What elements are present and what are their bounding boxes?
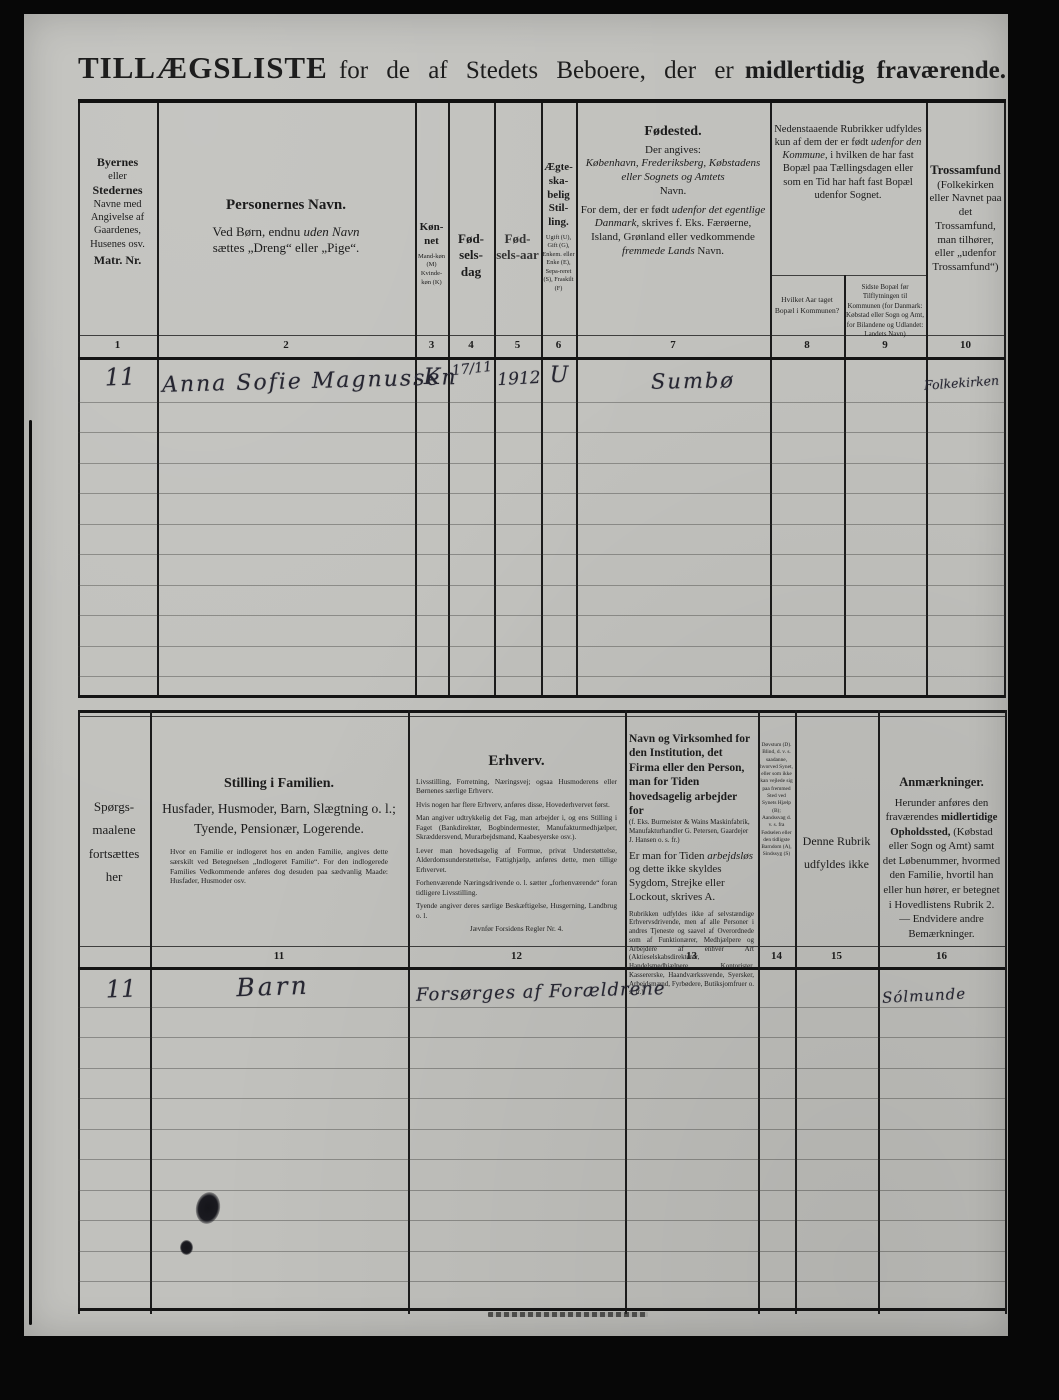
header-col12-paragraph: Man angiver udtrykkelig det Fag, man arb… bbox=[416, 813, 617, 841]
row-line bbox=[78, 554, 1005, 555]
header-col11-title: Stilling i Familien. bbox=[156, 775, 402, 793]
table-gridline bbox=[494, 103, 496, 698]
column-number: 1 bbox=[78, 339, 157, 353]
column-number: 2 bbox=[157, 339, 415, 353]
header-col4: Fød-sels-dag bbox=[449, 231, 493, 280]
header-col10-sub: (Folkekirken eller Navnet paa det Trossa… bbox=[928, 179, 1003, 275]
header-col8-9-shared: Nedenstaaende Rubrikker udfyldes kun af … bbox=[774, 123, 922, 202]
table-gridline bbox=[770, 275, 926, 276]
header-col7-italic: København, Frederiksberg, Købstadens ell… bbox=[580, 157, 766, 185]
header-col10: Trossamfund (Folkekirken eller Navnet pa… bbox=[928, 163, 1003, 275]
entry-sex: K bbox=[418, 365, 446, 390]
table-gridline bbox=[448, 103, 450, 698]
header-col6: Ægte-ska-belig Stil-ling. Ugift (U), Gif… bbox=[542, 161, 575, 293]
row-line bbox=[78, 1129, 1005, 1130]
column-number: 14 bbox=[758, 950, 795, 964]
header-col11-fine: Hvor en Familie er indlogeret hos en and… bbox=[156, 847, 402, 886]
header-col13-mid: Er man for Tiden arbejdsløs og dette ikk… bbox=[629, 850, 754, 905]
header-col9: Sidste Bopæl før Tilflytningen til Kommu… bbox=[846, 283, 924, 340]
title-word-tillaegsliste: TILLÆGSLISTE bbox=[78, 50, 328, 86]
header-col1-line: Husenes osv. bbox=[80, 238, 155, 251]
header-col14: Døvstum (D). Blind, d. v. s. saadanne, h… bbox=[760, 742, 793, 859]
table-gridline bbox=[78, 357, 1005, 360]
entry-matr-nr: 11 bbox=[90, 362, 151, 392]
header-col13-title: Navn og Virksomhed for den Institution, … bbox=[629, 732, 754, 818]
entry-number: 11 bbox=[96, 974, 147, 1004]
table-gridline bbox=[78, 695, 1005, 698]
header-col16-title: Anmærkninger. bbox=[882, 775, 1001, 791]
header-col12-title: Erhverv. bbox=[416, 752, 617, 771]
table-gridline bbox=[78, 716, 1005, 717]
entry-birthyear: 1912 bbox=[496, 368, 543, 390]
column-number: 10 bbox=[926, 339, 1005, 353]
entry-person-name: Anna Sofie Magnussen bbox=[162, 365, 458, 398]
header-col7: Fødested. Der angives: København, Freder… bbox=[580, 123, 766, 259]
table-gridline bbox=[1005, 710, 1007, 1314]
header-col2-title: Personernes Navn. bbox=[163, 196, 409, 215]
table-gridline bbox=[878, 710, 880, 1314]
header-col1-line: eller bbox=[80, 170, 155, 183]
row-line bbox=[78, 1251, 1005, 1252]
header-col13-italic: arbejdsløs bbox=[707, 850, 753, 862]
table-lower: Spørgs-maalene fortsættes her Stilling i… bbox=[78, 710, 1006, 1314]
paper-edge-shadow bbox=[29, 420, 32, 1325]
row-line bbox=[78, 1281, 1005, 1282]
entry-family-position: Barn bbox=[208, 970, 339, 1004]
column-number: 5 bbox=[494, 339, 541, 353]
column-number: 15 bbox=[795, 950, 878, 964]
header-col7-line: Der angives: bbox=[580, 144, 766, 158]
header-col12-paragraph: Livsstilling, Forretning, Næringsvej; og… bbox=[416, 777, 617, 796]
entry-occupation: Forsørges af Forældrene bbox=[416, 979, 622, 1005]
table-gridline bbox=[1004, 103, 1006, 698]
header-col2-sub-italic: uden Navn bbox=[304, 224, 360, 239]
header-col16-text: (Købstad eller Sogn og Amt) samt det Løb… bbox=[883, 826, 1000, 940]
column-number: 4 bbox=[448, 339, 494, 353]
header-col3-sub: Mand-køn (M) Kvinde-køn (K) bbox=[416, 253, 447, 288]
row-line bbox=[78, 585, 1005, 586]
table-gridline bbox=[78, 946, 1005, 947]
row-line bbox=[78, 1098, 1005, 1099]
printer-imprint bbox=[488, 1312, 648, 1317]
header-col8: Hvilket Aar taget Bopæl i Kommunen? bbox=[772, 295, 842, 316]
header-col16-sub: Herunder anføres den fraværendes midlert… bbox=[882, 796, 1001, 942]
header-col15: Denne Rubrik udfyldes ikke bbox=[797, 830, 876, 876]
header-col12: Erhverv. Livsstilling, Forretning, Nærin… bbox=[416, 752, 617, 938]
header-col1: Byernes eller Stedernes Navne med Angive… bbox=[80, 155, 155, 268]
table-gridline bbox=[157, 103, 159, 698]
header-col2: Personernes Navn. Ved Børn, endnu uden N… bbox=[163, 196, 409, 256]
table-gridline bbox=[770, 103, 772, 698]
table-gridline bbox=[78, 1308, 1005, 1311]
column-number: 9 bbox=[844, 339, 926, 353]
header-col5: Fød-sels-aar bbox=[495, 231, 540, 264]
header-col1-line: Byernes bbox=[80, 155, 155, 170]
column-number: 3 bbox=[415, 339, 448, 353]
title-word-fravaerende: midlertidig fraværende. bbox=[745, 57, 1006, 85]
header-col7-title: Fødested. bbox=[580, 123, 766, 141]
column-number: 12 bbox=[408, 950, 625, 964]
row-line bbox=[78, 646, 1005, 647]
row-line bbox=[78, 1037, 1005, 1038]
table-gridline bbox=[408, 710, 410, 1314]
table-upper: Byernes eller Stedernes Navne med Angive… bbox=[78, 103, 1006, 698]
scanned-census-page: TILLÆGSLISTE for de af Stedets Beboere, … bbox=[0, 0, 1059, 1400]
row-line bbox=[78, 524, 1005, 525]
header-col10-title: Trossamfund bbox=[928, 163, 1003, 179]
table-gridline bbox=[795, 710, 797, 1314]
header-col11: Stilling i Familien. Husfader, Husmoder,… bbox=[156, 775, 402, 886]
header-col7-line: Navn. bbox=[580, 185, 766, 199]
header-col12-paragraph: Hvis nogen har flere Erhverv, anføres di… bbox=[416, 800, 617, 809]
header-col16: Anmærkninger. Herunder anføres den fravæ… bbox=[882, 775, 1001, 941]
header-col1-line: Stedernes bbox=[80, 183, 155, 198]
column-number: 6 bbox=[541, 339, 576, 353]
row-line bbox=[78, 615, 1005, 616]
row-line bbox=[78, 402, 1005, 403]
header-col11-sub: Husfader, Husmoder, Barn, Slægtning o. l… bbox=[156, 799, 402, 840]
column-number: 16 bbox=[878, 950, 1005, 964]
row-line bbox=[78, 463, 1005, 464]
table-gridline bbox=[78, 967, 1005, 970]
header-col12-paragraph: Jævnfør Forsidens Regler Nr. 4. bbox=[416, 924, 617, 933]
continuation-label: Spørgs-maalene fortsættes her bbox=[80, 795, 148, 889]
row-line bbox=[78, 1007, 1005, 1008]
table-gridline bbox=[576, 103, 578, 698]
entry-birthday: 17/11 bbox=[449, 359, 494, 380]
row-line bbox=[78, 676, 1005, 677]
title-middle-text: for de af Stedets Beboere, der er bbox=[339, 57, 734, 85]
header-col1-line: Gaardenes, bbox=[80, 224, 155, 237]
header-col13-text: Er man for Tiden bbox=[629, 850, 707, 862]
row-line bbox=[78, 1190, 1005, 1191]
row-line bbox=[78, 1220, 1005, 1221]
column-number: 13 bbox=[625, 950, 758, 964]
header-col1-line: Angivelse af bbox=[80, 211, 155, 224]
header-col7-p2: For dem, der er født udenfor det egentli… bbox=[580, 204, 766, 259]
header-col6-sub: Ugift (U), Gift (G), Enkem. eller Enke (… bbox=[542, 234, 575, 294]
entry-faith: Folkekirken bbox=[924, 372, 1005, 393]
row-line bbox=[78, 1068, 1005, 1069]
header-col7-text: Navn. bbox=[695, 245, 724, 257]
column-number: 8 bbox=[770, 339, 844, 353]
table-gridline bbox=[415, 103, 417, 698]
table-gridline bbox=[625, 710, 627, 1314]
header-col13-fine1: (f. Eks. Burmeister & Wains Maskinfabrik… bbox=[629, 818, 754, 844]
header-col2-sub2: sættes „Dreng“ eller „Pige“. bbox=[163, 240, 409, 256]
header-col13-text: og dette ikke skyldes Sygdom, Strejke el… bbox=[629, 863, 725, 903]
header-col2-sub-text: Ved Børn, endnu bbox=[213, 224, 304, 239]
header-col12-paragraph: Lever man hovedsagelig af Formue, privat… bbox=[416, 846, 617, 874]
header-col12-paragraph: Tyende angiver deres særlige Beskæftigel… bbox=[416, 901, 617, 920]
row-line bbox=[78, 432, 1005, 433]
table-gridline bbox=[150, 710, 152, 1314]
entry-birthplace: Sumbø bbox=[618, 368, 768, 395]
header-col3-title: Køn-net bbox=[416, 221, 447, 249]
entry-remark: Sólmunde bbox=[882, 983, 995, 1007]
page-title: TILLÆGSLISTE for de af Stedets Beboere, … bbox=[78, 50, 1006, 86]
header-col3: Køn-net Mand-køn (M) Kvinde-køn (K) bbox=[416, 221, 447, 288]
ink-blot bbox=[180, 1240, 193, 1255]
header-col7-text: For dem, der er født bbox=[581, 204, 672, 216]
header-col7-italic3: fremmede Lands bbox=[622, 245, 695, 257]
row-line bbox=[78, 1159, 1005, 1160]
table-gridline bbox=[78, 710, 1005, 713]
header-col6-title: Ægte-ska-belig Stil-ling. bbox=[542, 161, 575, 230]
column-number: 11 bbox=[150, 950, 408, 964]
header-col1-line: Navne med bbox=[80, 198, 155, 211]
header-col12-paragraph: Forhenværende Næringsdrivende o. l. sætt… bbox=[416, 878, 617, 897]
column-number: 7 bbox=[576, 339, 770, 353]
header-col2-sub: Ved Børn, endnu uden Navn bbox=[163, 224, 409, 240]
entry-marital-status: U bbox=[544, 363, 574, 388]
table-gridline bbox=[78, 335, 1005, 336]
header-col1-line: Matr. Nr. bbox=[80, 253, 155, 268]
row-line bbox=[78, 493, 1005, 494]
